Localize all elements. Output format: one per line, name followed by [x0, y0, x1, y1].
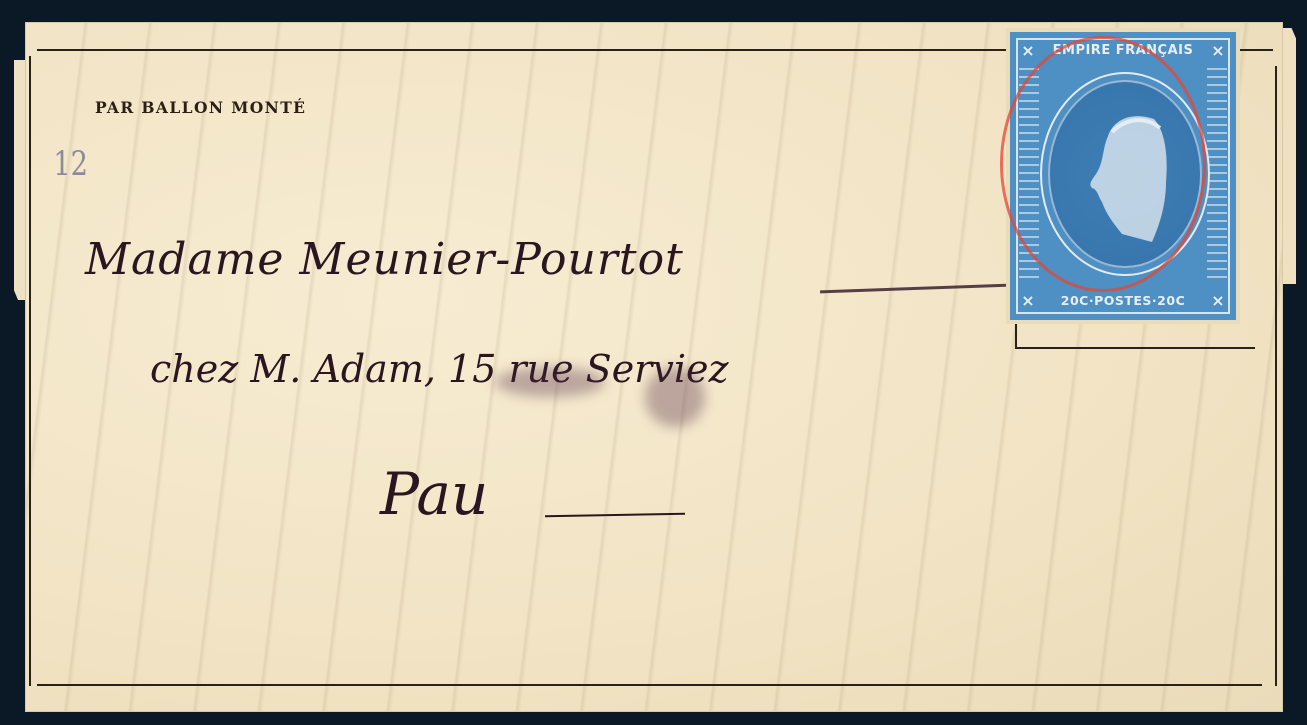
address-line-street: chez M. Adam, 15 rue Serviez [150, 347, 728, 391]
address-line-city: Pau [380, 460, 488, 528]
corner-cross-icon: × [1208, 291, 1228, 311]
greek-key-border-left [1019, 68, 1039, 284]
corner-cross-icon: × [1018, 291, 1038, 311]
strike-through-mark [820, 284, 1010, 294]
border-rule-bottom [37, 684, 1262, 686]
stamp-top-text: EMPIRE FRANÇAIS [1038, 40, 1208, 62]
ink-smudge [495, 367, 605, 397]
ink-smudge [645, 367, 705, 427]
underline-flourish [545, 513, 685, 517]
laureate-head-icon [1040, 72, 1210, 276]
greek-key-border-right [1207, 68, 1227, 284]
corner-cross-icon: × [1018, 41, 1038, 61]
corner-cross-icon: × [1208, 41, 1228, 61]
border-rule-left [29, 56, 31, 686]
border-rule-right [1275, 66, 1277, 686]
margin-annotation: 12 [53, 144, 88, 184]
printed-header: PAR BALLON MONTÉ [95, 98, 306, 117]
postage-stamp: × × × × EMPIRE FRANÇAIS 20C·POSTES·20C [1010, 32, 1236, 320]
stamp-bottom-text: 20C·POSTES·20C [1038, 290, 1208, 312]
address-line-recipient: Madame Meunier-Pourtot [85, 234, 684, 285]
stamp-box-rule-bottom [1015, 347, 1255, 349]
